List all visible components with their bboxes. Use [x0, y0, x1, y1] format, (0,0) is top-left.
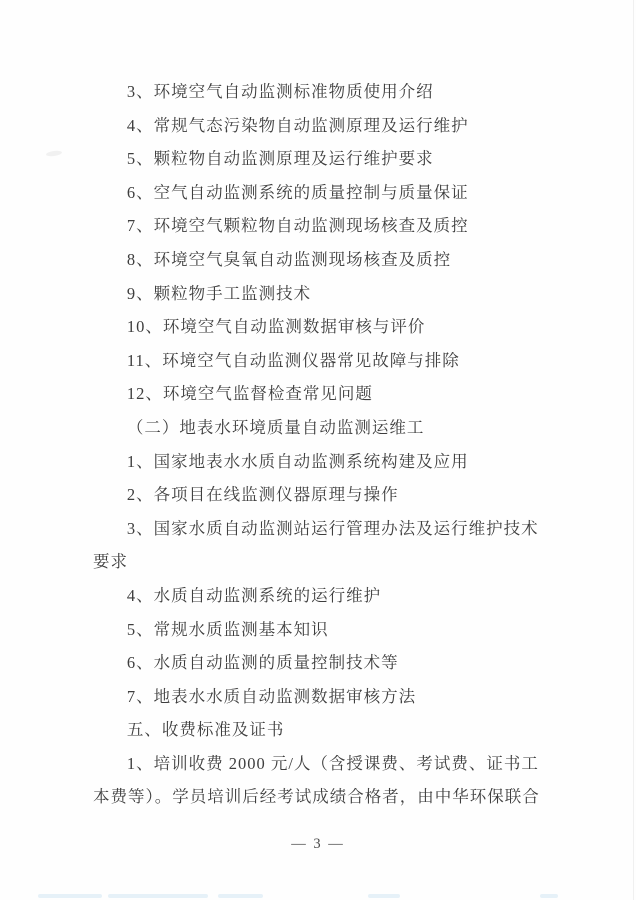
scan-bottom-artifact	[108, 894, 208, 898]
document-line: 5、颗粒物自动监测原理及运行维护要求	[93, 142, 587, 176]
document-line: 6、空气自动监测系统的质量控制与质量保证	[93, 176, 587, 210]
scan-bottom-artifact	[368, 894, 400, 898]
document-line: 8、环境空气臭氧自动监测现场核查及质控	[93, 243, 587, 277]
document-page: 3、环境空气自动监测标准物质使用介绍4、常规气态污染物自动监测原理及运行维护5、…	[0, 0, 636, 900]
document-line: 要求	[93, 545, 587, 579]
document-line: 10、环境空气自动监测数据审核与评价	[93, 310, 587, 344]
document-line: 2、各项目在线监测仪器原理与操作	[93, 478, 587, 512]
document-line: 3、环境空气自动监测标准物质使用介绍	[93, 75, 587, 109]
document-line: 五、收费标准及证书	[93, 713, 587, 747]
scan-edge-artifact	[633, 0, 634, 900]
document-line: 本费等）。学员培训后经考试成绩合格者，由中华环保联合	[93, 780, 587, 814]
document-body: 3、环境空气自动监测标准物质使用介绍4、常规气态污染物自动监测原理及运行维护5、…	[93, 75, 587, 814]
document-line: 7、环境空气颗粒物自动监测现场核查及质控	[93, 209, 587, 243]
document-line: （二）地表水环境质量自动监测运维工	[93, 411, 587, 445]
document-line: 4、常规气态污染物自动监测原理及运行维护	[93, 109, 587, 143]
scan-bottom-artifact	[540, 894, 558, 898]
document-line: 6、水质自动监测的质量控制技术等	[93, 646, 587, 680]
document-line: 5、常规水质监测基本知识	[93, 613, 587, 647]
scan-smudge-artifact	[46, 150, 63, 157]
document-line: 12、环境空气监督检查常见问题	[93, 377, 587, 411]
document-line: 9、颗粒物手工监测技术	[93, 277, 587, 311]
page-number: — 3 —	[0, 836, 636, 853]
scan-bottom-artifact	[218, 894, 263, 898]
document-line: 7、地表水水质自动监测数据审核方法	[93, 680, 587, 714]
scan-bottom-artifact	[38, 894, 102, 898]
document-line: 1、培训收费 2000 元/人（含授课费、考试费、证书工	[93, 747, 587, 781]
document-line: 1、国家地表水水质自动监测系统构建及应用	[93, 445, 587, 479]
document-line: 3、国家水质自动监测站运行管理办法及运行维护技术	[93, 512, 587, 546]
document-line: 4、水质自动监测系统的运行维护	[93, 579, 587, 613]
document-line: 11、环境空气自动监测仪器常见故障与排除	[93, 344, 587, 378]
